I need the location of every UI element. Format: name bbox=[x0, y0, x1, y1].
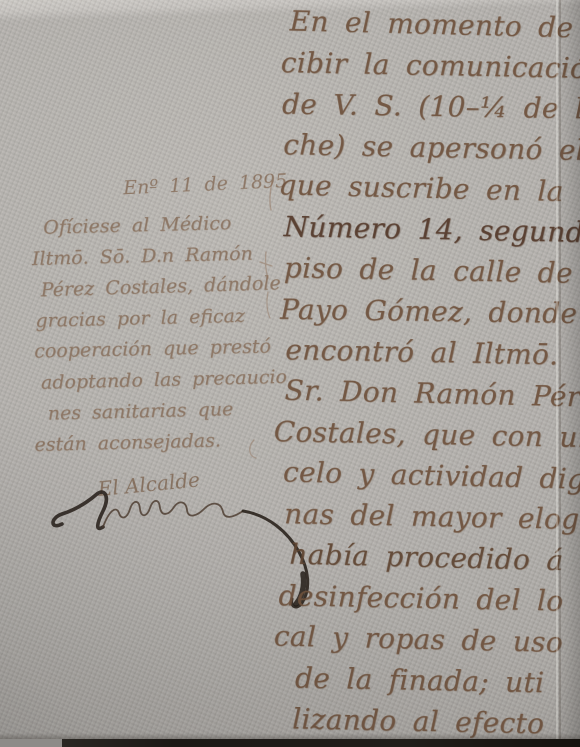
main-text-line: Sr. Don Ramón Pérez bbox=[284, 373, 580, 421]
margin-annotation: Enº 11 de 1895 Ofíciese al Médico Iltmō.… bbox=[28, 172, 288, 496]
main-text-line: Costales, que con un bbox=[273, 414, 580, 461]
margin-line: cooperación que prestó bbox=[34, 331, 285, 367]
margin-date: Enº 11 de 1895 bbox=[123, 170, 281, 199]
main-text-line: che) se apersonó el bbox=[283, 127, 580, 174]
photo-bottom-edge bbox=[0, 739, 580, 747]
main-text-line: de V. S. (10–¼ de la no bbox=[282, 87, 580, 133]
page-right-edge bbox=[554, 0, 580, 747]
main-text-line: En el momento de re bbox=[289, 3, 580, 51]
alcalde-signoff: El Alcalde bbox=[97, 459, 288, 501]
main-text-column: En el momento de re cibir la comunicació… bbox=[266, 4, 580, 747]
main-text-line: cibir la comunicación bbox=[280, 45, 580, 92]
main-text-line: nas del mayor elogio, bbox=[284, 496, 580, 543]
main-text-line: había procedido á la bbox=[289, 537, 580, 585]
main-text-line: Payo Gómez, donde bbox=[280, 292, 580, 337]
main-text-line: encontró al Iltmō. bbox=[285, 332, 580, 379]
margin-line: adoptando las precaucio bbox=[41, 362, 286, 399]
manuscript-photo: Enº 11 de 1895 Ofíciese al Médico Iltmō.… bbox=[0, 0, 580, 747]
main-text-line: que suscribe en la casa bbox=[278, 167, 580, 215]
main-text-line: celo y actividad dig bbox=[282, 454, 580, 502]
main-text-line: desinfección del lo bbox=[278, 578, 579, 625]
main-text-line: Número 14, segundo bbox=[283, 209, 580, 256]
main-text-line: de la finada; uti bbox=[295, 660, 578, 706]
main-text-line: piso de la calle de bbox=[283, 250, 580, 297]
margin-line: están aconsejadas. bbox=[34, 424, 287, 461]
main-text-line: cal y ropas de uso bbox=[273, 618, 578, 666]
